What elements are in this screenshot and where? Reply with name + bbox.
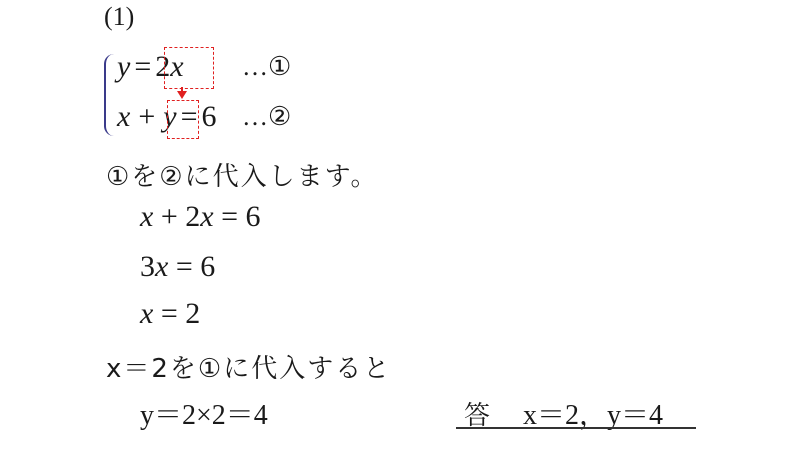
equation-2-tag: …②: [242, 102, 291, 132]
problem-label: (1): [104, 2, 134, 32]
system-brace: [104, 54, 116, 136]
answer-underline: [456, 427, 696, 429]
substitute-back-text: x＝2を①に代入すると: [106, 348, 391, 385]
equation-1-tag: …①: [242, 52, 291, 82]
step-line-3: x = 2: [140, 297, 200, 331]
step-line-1: x + 2x = 6: [140, 200, 261, 234]
substitution-arrow-icon: [177, 91, 187, 99]
substitute-instruction: ①を②に代入します。: [106, 156, 379, 193]
step-line-2: 3x = 6: [140, 250, 215, 284]
highlight-box-y: [167, 100, 199, 139]
step-line-4: y＝2×2＝4: [140, 393, 268, 433]
highlight-box-2x: [164, 47, 214, 89]
